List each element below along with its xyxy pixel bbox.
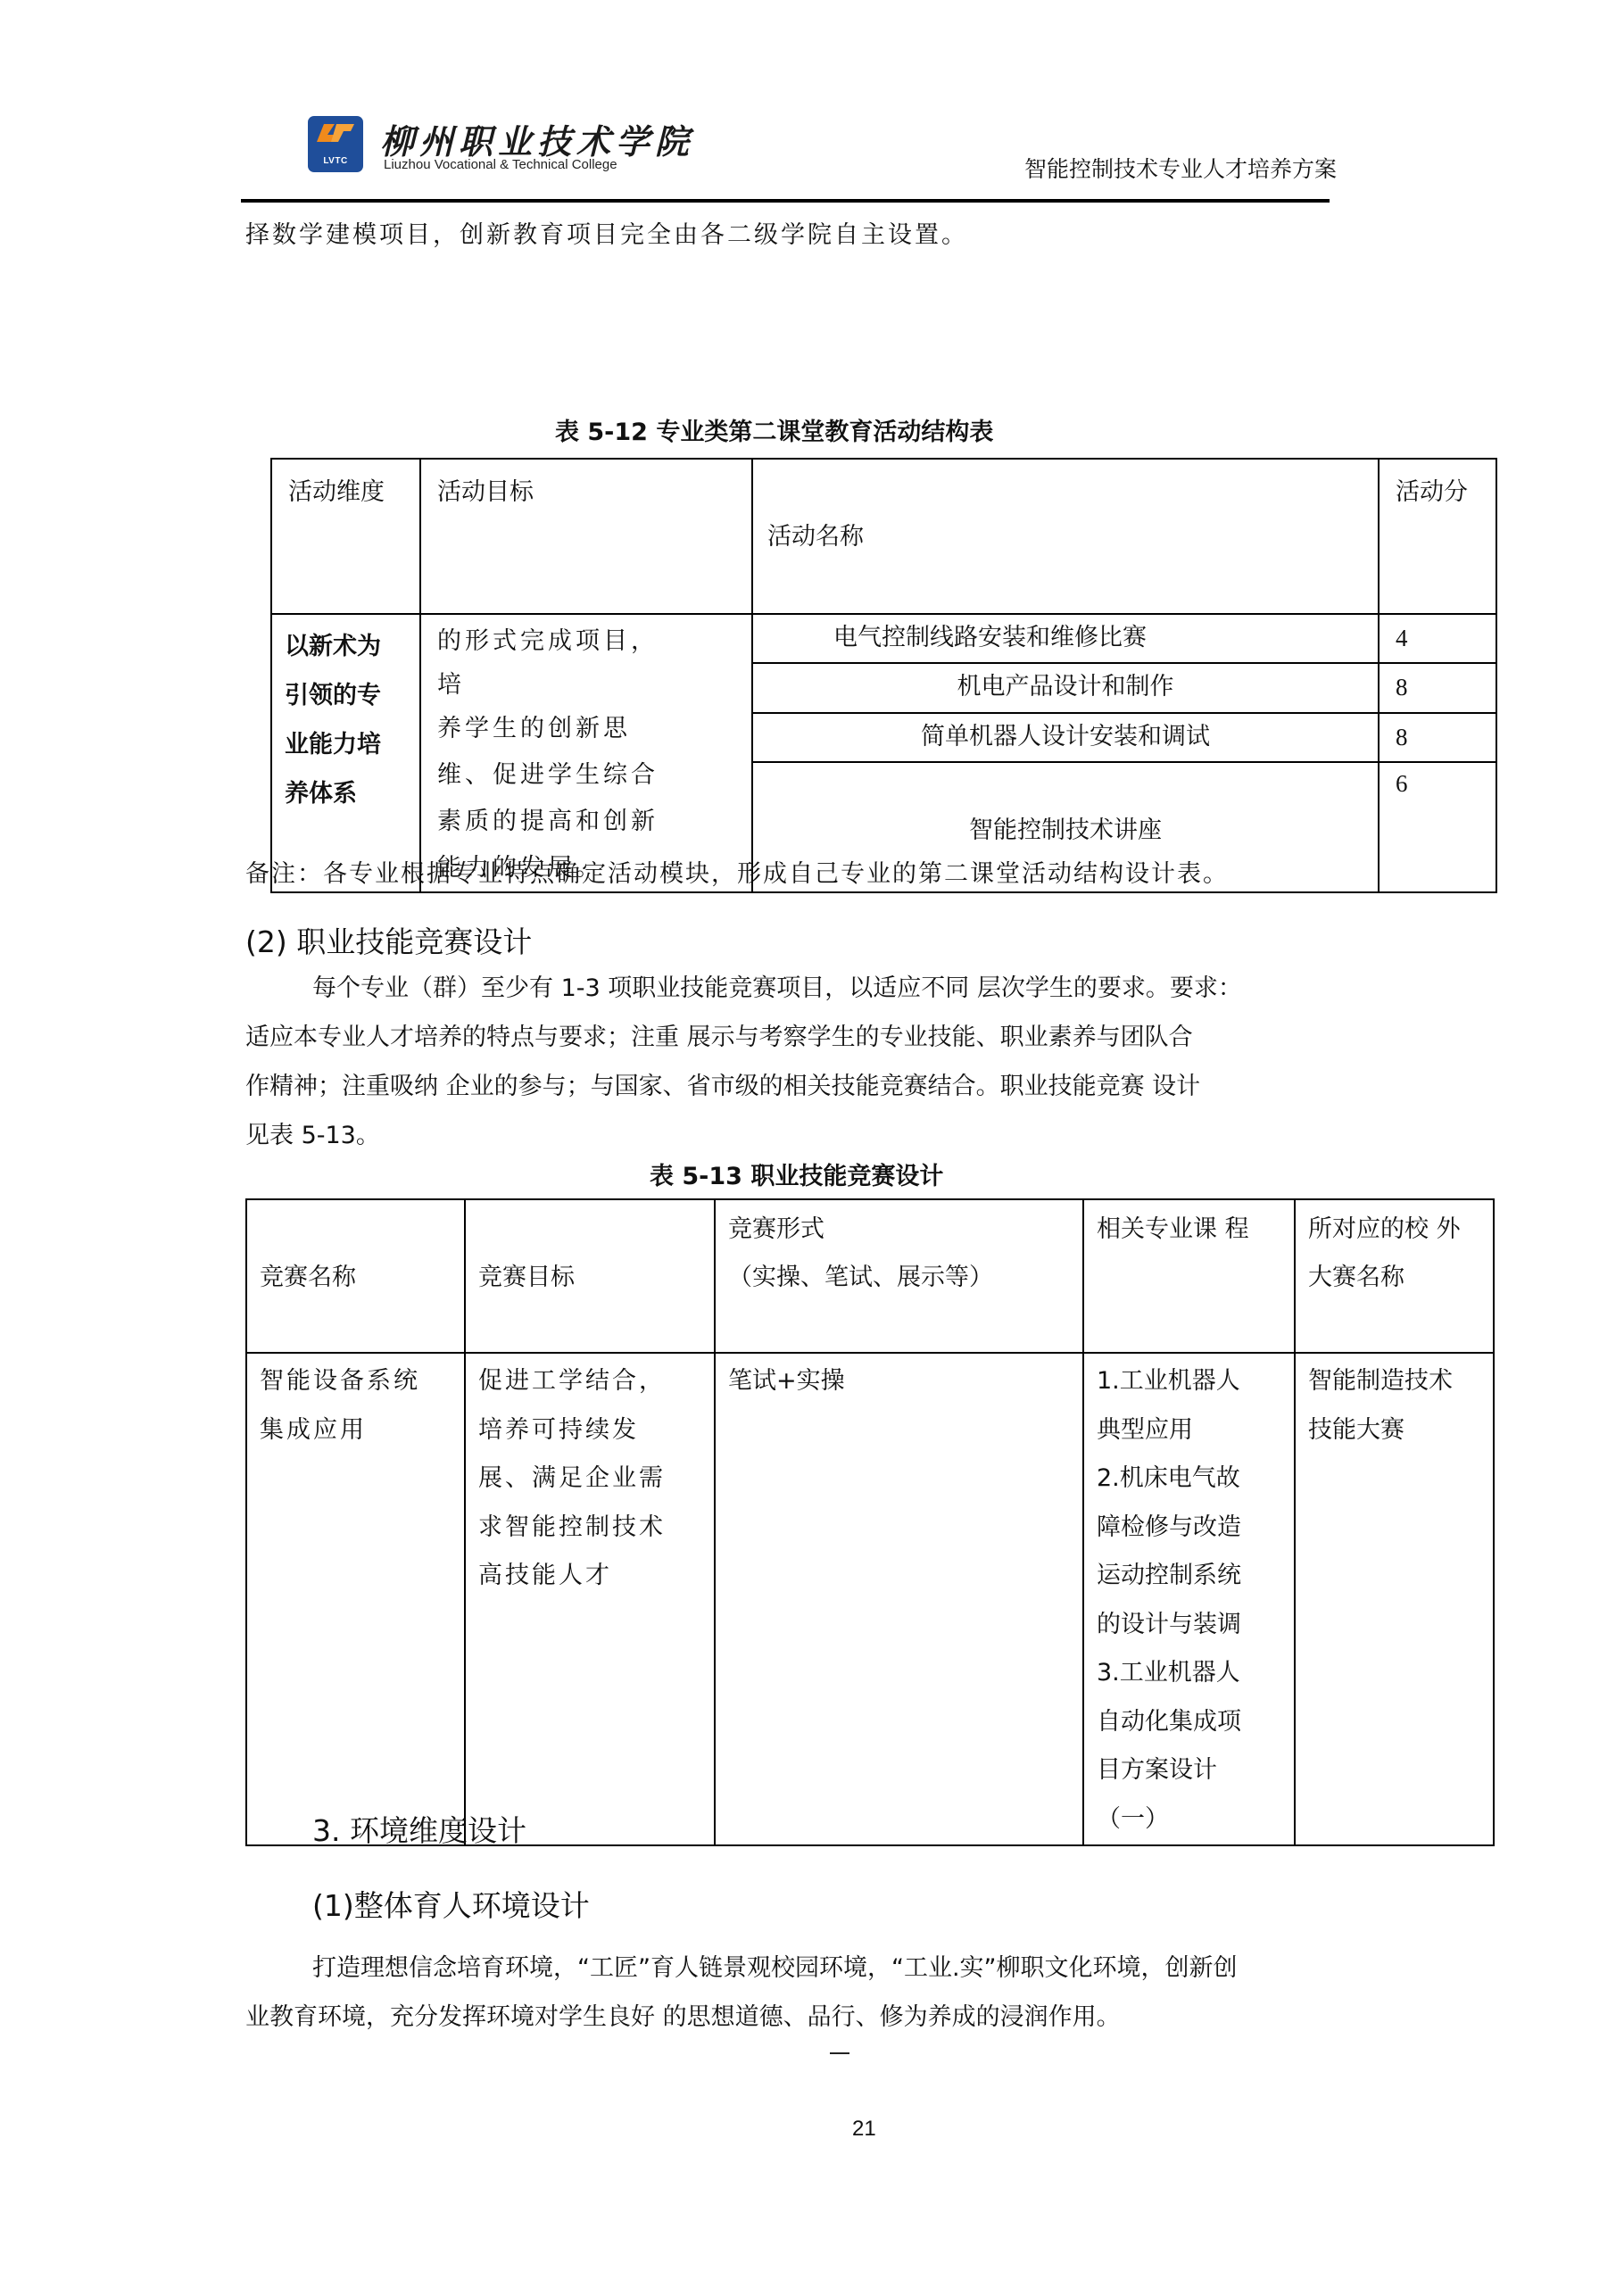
goal-line: 的形式完成项目， [437,618,751,665]
header-label: 大赛名称 [1308,1254,1493,1302]
header-competition-form: 竞赛形式 （实操、笔试、展示等） [715,1199,1083,1353]
dimension-line: 业能力培 [285,720,419,769]
paragraph-line: 每个专业（群）至少有 1-3 项职业技能竞赛项目，以适应不同 层次学生的要求。要… [312,964,1242,1013]
paragraph-line: 见表 5-13。 [245,1111,380,1160]
header-score: 活动分 [1379,459,1496,614]
cell-line: 2.机床电气故 [1097,1455,1294,1504]
college-name-en: Liuzhou Vocational & Technical College [384,157,617,172]
header-label: 竞赛形式 [728,1206,1082,1254]
header-label: 竞赛目标 [478,1254,714,1302]
cell-line: （一） [1097,1795,1294,1844]
cell-line: 技能大赛 [1308,1406,1493,1455]
lvtc-logo-mark-icon [315,122,356,151]
cell-line: 展、满足企业需 [478,1455,714,1504]
paragraph-line: 打造理想信念培育环境，“工匠”育人链景观校园环境，“工业.实”柳职文化环境，创新… [312,1944,1238,1993]
college-logo: LVTC [308,116,363,172]
logo-text: LVTC [308,156,363,166]
header-label: （实操、笔试、展示等） [728,1254,1082,1302]
page-number: 21 [852,2117,876,2142]
table-row: 以新术为 引领的专 业能力培 养体系 的形式完成项目， 培 养学生的创新思 维、… [271,614,1496,663]
header-dimension: 活动维度 [271,459,420,614]
table-5-12-note: 备注：各专业根据专业特点确定活动模块，形成自己专业的第二课堂活动结构设计表。 [245,850,1229,899]
table-5-13-caption: 表 5-13 职业技能竞赛设计 [650,1156,943,1191]
activity-score: 6 [1379,762,1496,892]
activity-score: 8 [1379,713,1496,762]
paragraph-line: 适应本专业人才培养的特点与要求；注重 展示与考察学生的专业技能、职业素养与团队合 [245,1013,1193,1062]
cell-line: 3.工业机器人 [1097,1649,1294,1698]
goal-line: 养学生的创新思 [437,706,751,752]
header-competition-name: 竞赛名称 [246,1199,465,1353]
table-5-13: 竞赛名称 竞赛目标 竞赛形式 （实操、笔试、展示等） 相关专业课 程 所对应的校… [245,1198,1495,1846]
goal-line: 培 [437,665,751,706]
header-external-competition: 所对应的校 外 大赛名称 [1295,1199,1494,1353]
header-related-courses: 相关专业课 程 [1083,1199,1295,1353]
cell-line: 典型应用 [1097,1406,1294,1455]
header-divider [241,199,1330,203]
related-courses-cell: 1.工业机器人 典型应用 2.机床电气故 障检修与改造 运动控制系统 的设计与装… [1083,1353,1295,1845]
dimension-line: 养体系 [285,769,419,818]
cell-line: 促进工学结合， [478,1357,714,1406]
table-row: 智能设备系统 集成应用 促进工学结合， 培养可持续发 展、满足企业需 求智能控制… [246,1353,1494,1845]
dimension-line: 以新术为 [285,622,419,671]
cell-line: 求智能控制技术 [478,1504,714,1553]
header-label: 相关专业课 程 [1097,1206,1294,1254]
cell-line: 智能制造技术 [1308,1357,1493,1406]
subsection-heading-overall-environment: (1)整体育人环境设计 [312,1883,590,1925]
footer-dash [830,2052,849,2054]
college-name-cn: 柳州职业技术学院 [380,114,694,163]
competition-name-cell: 智能设备系统 集成应用 [246,1353,465,1845]
activity-name: 简单机器人设计安装和调试 [752,713,1379,762]
header-competition-goal: 竞赛目标 [465,1199,715,1353]
cell-line: 运动控制系统 [1097,1552,1294,1601]
section-heading-skills-competition: (2) 职业技能竞赛设计 [245,919,532,961]
activity-score: 8 [1379,663,1496,712]
document-title: 智能控制技术专业人才培养方案 [1024,152,1337,184]
dimension-line: 引领的专 [285,671,419,720]
goal-line: 素质的提高和创新 [437,799,751,845]
activity-name: 机电产品设计和制作 [752,663,1379,712]
cell-line: 障检修与改造 [1097,1504,1294,1553]
cell-line: 的设计与装调 [1097,1601,1294,1650]
section-heading-environment: 3. 环境维度设计 [312,1808,526,1850]
table-header-row: 活动维度 活动目标 活动名称 活动分 [271,459,1496,614]
cell-line: 自动化集成项 [1097,1698,1294,1747]
table-5-12: 活动维度 活动目标 活动名称 活动分 以新术为 引领的专 业能力培 养体系 的形… [270,458,1497,893]
external-competition-cell: 智能制造技术 技能大赛 [1295,1353,1494,1845]
header-label: 竞赛名称 [260,1254,464,1302]
goal-line: 维、促进学生综合 [437,752,751,799]
cell-line: 高技能人才 [478,1552,714,1601]
activity-name: 电气控制线路安装和维修比赛 [752,614,1379,663]
table-5-12-caption: 表 5-12 专业类第二课堂教育活动结构表 [555,412,993,447]
cell-line: 集成应用 [260,1406,464,1455]
header-activity-name: 活动名称 [752,459,1379,614]
activity-score: 4 [1379,614,1496,663]
intro-line: 择数学建模项目，创新教育项目完全由各二级学院自主设置。 [245,211,968,260]
cell-line: 目方案设计 [1097,1746,1294,1795]
cell-line: 1.工业机器人 [1097,1357,1294,1406]
competition-goal-cell: 促进工学结合， 培养可持续发 展、满足企业需 求智能控制技术 高技能人才 [465,1353,715,1845]
cell-line: 智能设备系统 [260,1357,464,1406]
paragraph-line: 作精神；注重吸纳 企业的参与；与国家、省市级的相关技能竞赛结合。职业技能竞赛 设… [245,1062,1200,1111]
table-header-row: 竞赛名称 竞赛目标 竞赛形式 （实操、笔试、展示等） 相关专业课 程 所对应的校… [246,1199,1494,1353]
header-goal: 活动目标 [420,459,752,614]
competition-form-cell: 笔试+实操 [715,1353,1083,1845]
paragraph-line: 业教育环境，充分发挥环境对学生良好 的思想道德、品行、修为养成的浸润作用。 [245,1993,1121,2042]
cell-line: 培养可持续发 [478,1406,714,1455]
header-label: 所对应的校 外 [1308,1206,1493,1254]
